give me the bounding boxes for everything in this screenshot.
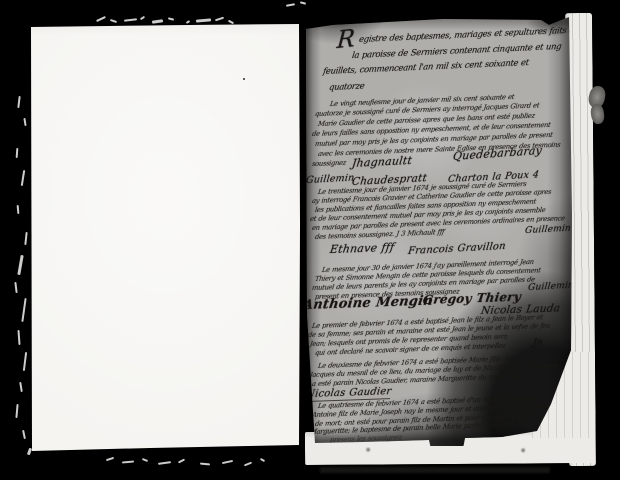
film-scratch xyxy=(17,96,20,108)
handwriting-line: R xyxy=(336,24,356,54)
film-scratch xyxy=(168,17,174,20)
signature: Guillemin xyxy=(524,224,571,236)
film-smudge xyxy=(320,467,550,473)
film-scratch xyxy=(15,404,18,418)
signature: Guillemin xyxy=(305,172,355,186)
film-scratch xyxy=(158,461,171,465)
film-scratch xyxy=(215,17,224,22)
film-scratch xyxy=(286,3,295,7)
film-scratch xyxy=(228,20,234,25)
film-scratch xyxy=(17,205,20,214)
film-scratch xyxy=(300,1,306,4)
film-scratch xyxy=(96,16,106,22)
film-scratch xyxy=(21,298,26,322)
film-scratch xyxy=(260,458,265,462)
film-scratch xyxy=(140,16,145,21)
film-scratch xyxy=(200,462,210,465)
film-scratch xyxy=(24,232,27,245)
handwriting-line: quatorze xyxy=(328,81,365,93)
film-scratch xyxy=(186,20,190,24)
film-scratch xyxy=(17,330,20,345)
film-scratch xyxy=(110,19,117,23)
film-scratch xyxy=(122,460,134,463)
film-scratch xyxy=(21,170,25,186)
film-scratch xyxy=(222,460,233,464)
signature: Guillemin xyxy=(527,281,574,293)
film-scratch xyxy=(23,118,26,126)
film-scratch xyxy=(124,18,137,21)
film-scratch xyxy=(22,430,26,439)
signature: Jhagnaultt xyxy=(351,154,413,170)
film-scratch xyxy=(16,148,19,158)
blank-verso-page xyxy=(30,24,300,452)
film-scratch xyxy=(17,255,23,275)
film-scratch xyxy=(196,18,211,22)
manuscript-ink: Registre des baptesmes, mariages et sepu… xyxy=(303,14,575,446)
film-scratch xyxy=(23,352,27,371)
signature: Jn xyxy=(532,337,543,348)
film-scratch xyxy=(142,458,148,462)
microfilm-scan-frame: Registre des baptesmes, mariages et sepu… xyxy=(0,0,620,480)
dust-speck xyxy=(243,78,245,80)
signature: Ethnave fff xyxy=(329,241,395,256)
signature: Anthoine Mengin xyxy=(302,293,434,313)
signature: Francois Gravillon xyxy=(407,241,506,257)
film-scratch xyxy=(19,382,23,392)
film-scratch xyxy=(178,458,185,463)
film-scratch xyxy=(244,462,252,467)
handwriting-line: soussignez xyxy=(311,159,346,168)
film-scratch xyxy=(152,19,163,24)
handwriting-line: la paroisse de Sermiers contenant cinqua… xyxy=(351,42,562,61)
film-scratch xyxy=(14,282,17,293)
manuscript-page: Registre des baptesmes, mariages et sepu… xyxy=(303,14,575,446)
film-scratch xyxy=(27,448,32,456)
film-scratch xyxy=(106,457,114,461)
